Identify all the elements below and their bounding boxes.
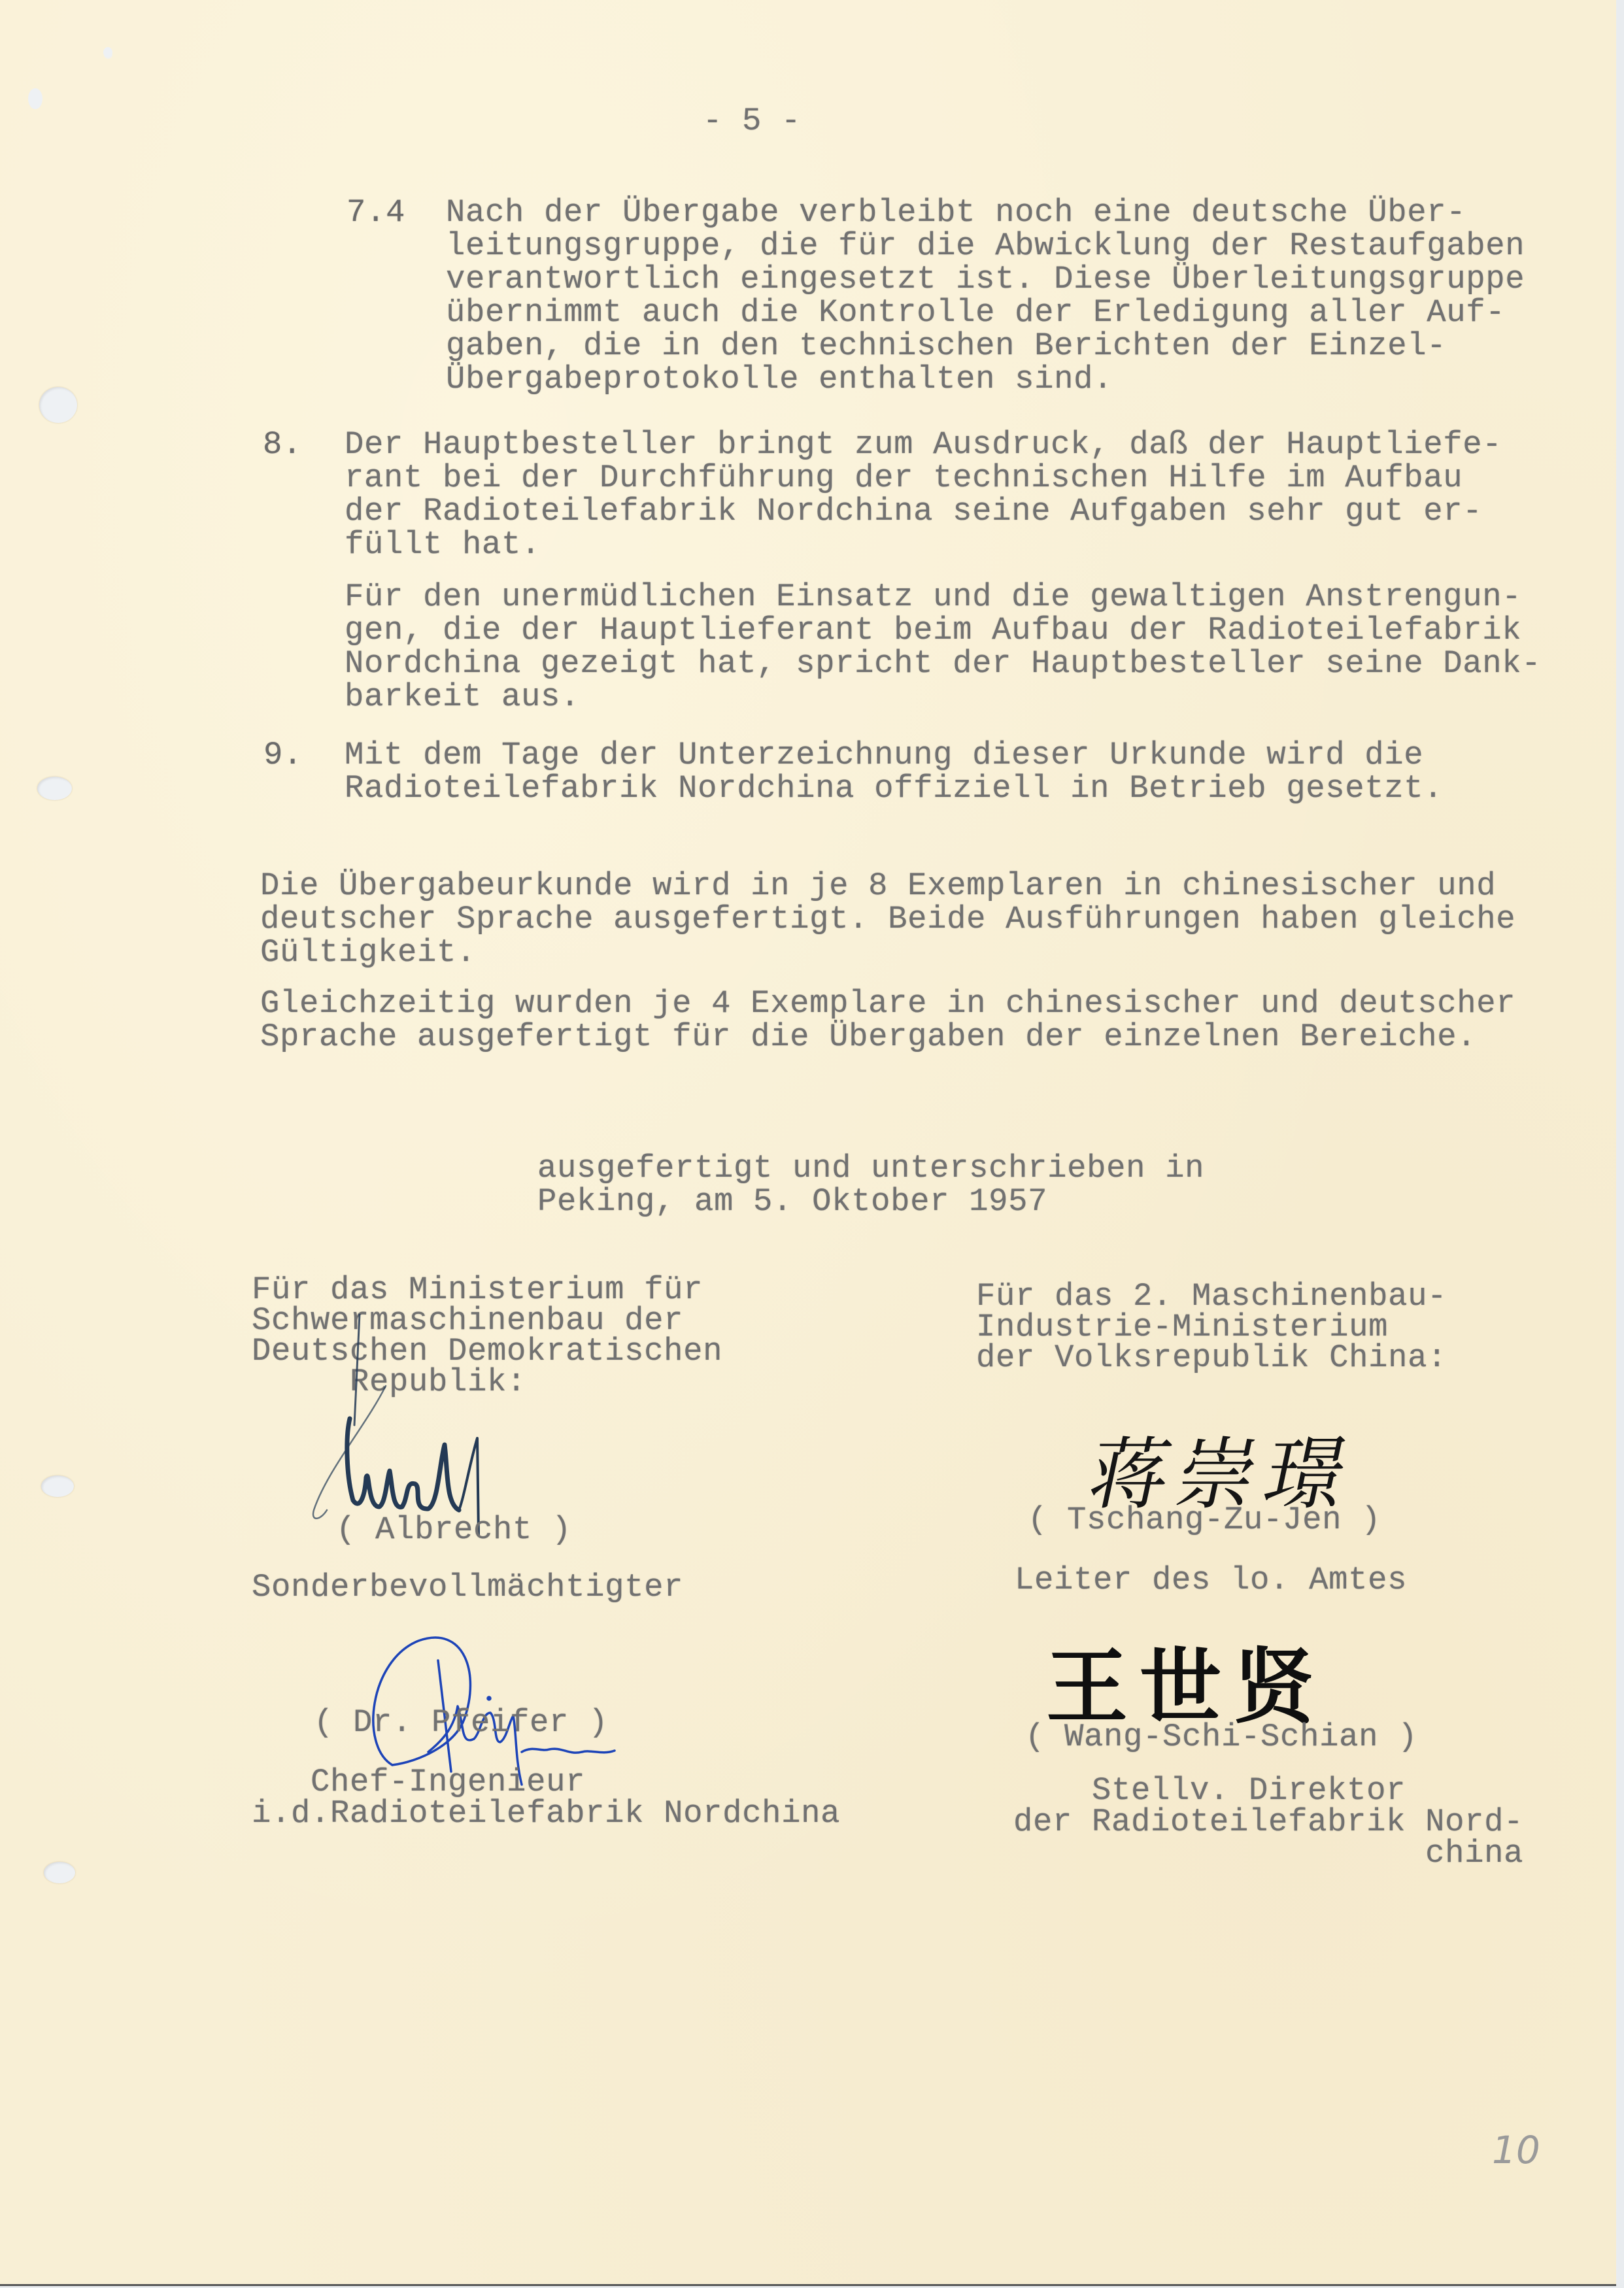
text-line: gaben, die in den technischen Berichten … (446, 329, 1525, 363)
text-line: Nordchina gezeigt hat, spricht der Haupt… (345, 647, 1541, 681)
section-number: 9. (263, 739, 303, 772)
text-line: Peking, am 5. Oktober 1957 (537, 1185, 1204, 1219)
right-signatory-heading: Für das 2. Maschinenbau- Industrie-Minis… (976, 1281, 1447, 1373)
text-line: Chef-Ingenieur (252, 1766, 840, 1798)
signer-name-wang: ( Wang-Schi-Schian ) (1025, 1721, 1417, 1754)
text-line: Gültigkeit. (260, 936, 1515, 969)
document-page: - 5 - 7.4 Nach der Übergabe verbleibt no… (0, 0, 1616, 2286)
place-date: ausgefertigt und unterschrieben in Pekin… (537, 1152, 1204, 1219)
section-number: 7.4 (347, 196, 405, 229)
text-line: Radioteilefabrik Nordchina offiziell in … (345, 772, 1443, 805)
closing-paragraph-1: Die Übergabeurkunde wird in je 8 Exempla… (260, 869, 1515, 969)
signer-name-albrecht: ( Albrecht ) (336, 1513, 571, 1547)
punch-hole (44, 1862, 75, 1883)
closing-paragraph-2: Gleichzeitig wurden je 4 Exemplare in ch… (260, 987, 1515, 1054)
signer-name-tschang: ( Tschang-Zu-Jen ) (1028, 1504, 1381, 1537)
signer-title-tschang: Leiter des lo. Amtes (1015, 1564, 1407, 1597)
text-line: Für das 2. Maschinenbau- (976, 1281, 1447, 1312)
text-line: gen, die der Hauptlieferant beim Aufbau … (345, 614, 1541, 647)
text-line: barkeit aus. (345, 681, 1541, 714)
text-line: Industrie-Ministerium (976, 1312, 1447, 1343)
signer-title-pfeifer: Chef-Ingenieur i.d.Radioteilefabrik Nord… (252, 1766, 840, 1829)
text-line: der Radioteilefabrik Nord- (1013, 1806, 1523, 1838)
section-number: 8. (263, 428, 302, 462)
text-line: Für das Ministerium für (252, 1275, 722, 1305)
text-line: china (1013, 1838, 1523, 1869)
section-8-text: Der Hauptbesteller bringt zum Ausdruck, … (345, 428, 1502, 562)
text-line: Für den unermüdlichen Einsatz und die ge… (345, 580, 1541, 614)
text-line: Stellv. Direktor (1013, 1775, 1523, 1806)
text-line: Sprache ausgefertigt für die Übergaben d… (260, 1020, 1515, 1054)
signer-title-albrecht: Sonderbevollmächtigter (252, 1571, 683, 1604)
text-line: füllt hat. (345, 528, 1502, 562)
signer-title-wang: Stellv. Direktor der Radioteilefabrik No… (1013, 1775, 1523, 1869)
text-line: rant bei der Durchführung der technische… (345, 462, 1502, 495)
albrecht-signature (288, 1314, 588, 1536)
page-number-header: - 5 - (703, 105, 801, 138)
text-line: Mit dem Tage der Unterzeichnung dieser U… (345, 739, 1443, 772)
text-line: deutscher Sprache ausgefertigt. Beide Au… (260, 903, 1515, 936)
text-line: verantwortlich eingesetzt ist. Diese Übe… (446, 263, 1525, 296)
text-line: Der Hauptbesteller bringt zum Ausdruck, … (345, 428, 1502, 462)
paper-damage-mark (104, 51, 112, 59)
text-line: Übergabeprotokolle enthalten sind. (446, 363, 1525, 396)
handwritten-folio-number: 10 (1492, 2128, 1540, 2172)
paper-damage-mark (28, 88, 42, 109)
text-line: übernimmt auch die Kontrolle der Erledig… (446, 296, 1525, 329)
text-line: ausgefertigt und unterschrieben in (537, 1152, 1204, 1185)
text-line: Nach der Übergabe verbleibt noch eine de… (446, 196, 1525, 229)
text-line: der Volksrepublik China: (976, 1343, 1447, 1373)
punch-hole (37, 777, 72, 800)
section-7-4-text: Nach der Übergabe verbleibt noch eine de… (446, 196, 1525, 396)
text-line: Gleichzeitig wurden je 4 Exemplare in ch… (260, 987, 1515, 1020)
text-line: Die Übergabeurkunde wird in je 8 Exempla… (260, 869, 1515, 903)
text-line: i.d.Radioteilefabrik Nordchina (252, 1798, 840, 1829)
signer-name-pfeifer: ( Dr. Pfeifer ) (314, 1706, 608, 1740)
section-9-text: Mit dem Tage der Unterzeichnung dieser U… (345, 739, 1443, 805)
punch-hole (39, 387, 77, 423)
text-line: leitungsgruppe, die für die Abwicklung d… (446, 229, 1525, 263)
text-line: der Radioteilefabrik Nordchina seine Auf… (345, 495, 1502, 528)
punch-hole (41, 1475, 74, 1497)
section-8-paragraph-2: Für den unermüdlichen Einsatz und die ge… (345, 580, 1541, 714)
